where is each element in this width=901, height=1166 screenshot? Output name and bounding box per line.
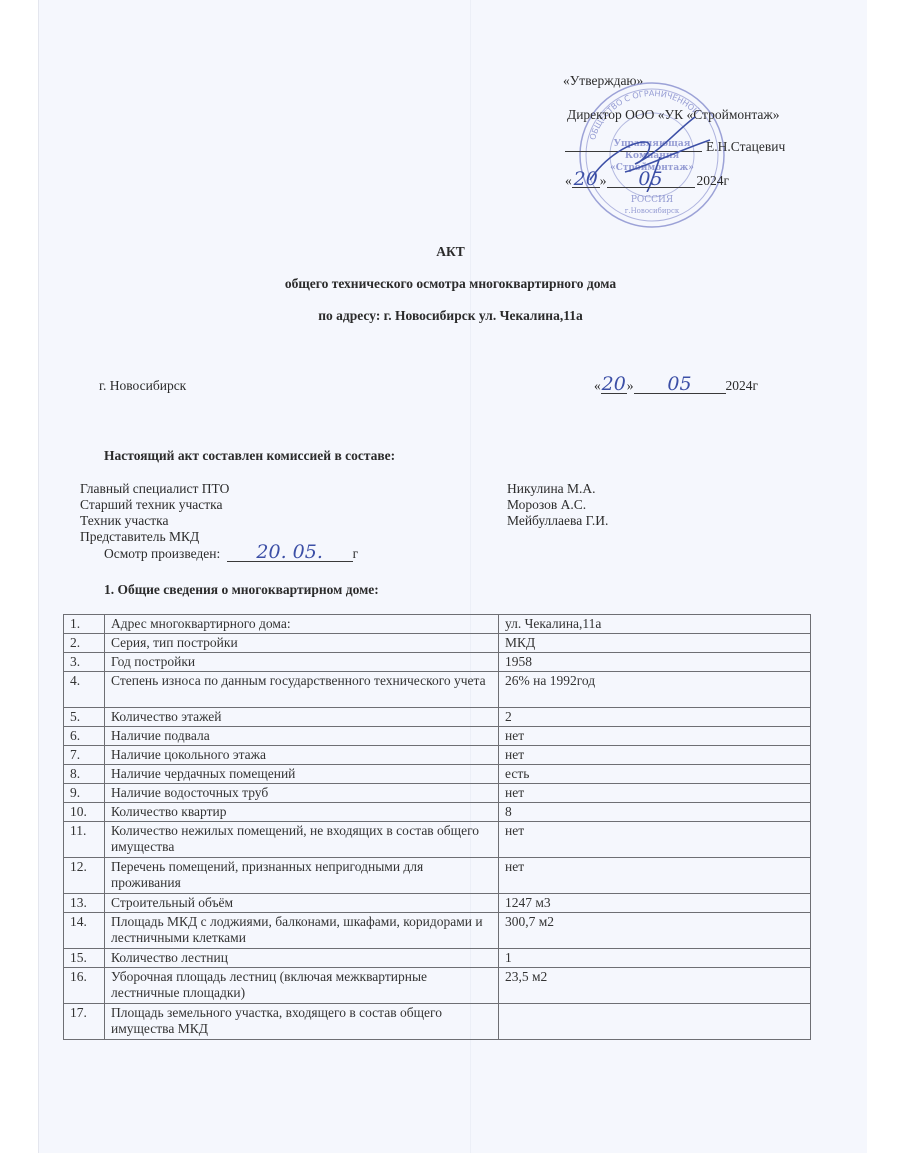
row-label: Количество лестниц [105, 949, 499, 968]
date-day-handwritten: 20 [601, 375, 627, 394]
doc-title: АКТ [0, 244, 901, 260]
row-label: Наличие водосточных труб [105, 784, 499, 803]
row-value: 23,5 м2 [499, 968, 811, 1004]
row-label: Перечень помещений, признанных непригодн… [105, 858, 499, 894]
row-number: 7. [64, 746, 105, 765]
approval-date: «20»052024г [565, 171, 729, 189]
row-number: 5. [64, 708, 105, 727]
row-number: 12. [64, 858, 105, 894]
row-label: Наличие чердачных помещений [105, 765, 499, 784]
place-city: г. Новосибирск [99, 378, 186, 394]
row-number: 11. [64, 822, 105, 858]
row-number: 10. [64, 803, 105, 822]
table-row: 1.Адрес многоквартирного дома:ул. Чекали… [64, 615, 811, 634]
row-value: 1958 [499, 653, 811, 672]
table-row: 14.Площадь МКД с лоджиями, балконами, шк… [64, 913, 811, 949]
svg-text:г.Новосибирск: г.Новосибирск [625, 207, 680, 215]
table-row: 17.Площадь земельного участка, входящего… [64, 1004, 811, 1040]
row-number: 9. [64, 784, 105, 803]
approval-month-handwritten: 05 [607, 171, 695, 188]
building-info-table: 1.Адрес многоквартирного дома:ул. Чекали… [63, 614, 811, 1040]
table-row: 4.Степень износа по данным государственн… [64, 672, 811, 708]
table-row: 6.Наличие подваланет [64, 727, 811, 746]
date-month-handwritten: 05 [634, 375, 726, 394]
table-row: 9.Наличие водосточных трубнет [64, 784, 811, 803]
inspection-label: Осмотр произведен: [104, 546, 220, 561]
table-row: 5.Количество этажей2 [64, 708, 811, 727]
row-value: есть [499, 765, 811, 784]
commission-role: Представитель МКД [80, 529, 199, 545]
row-value: нет [499, 858, 811, 894]
row-number: 15. [64, 949, 105, 968]
row-number: 14. [64, 913, 105, 949]
table-row: 2.Серия, тип постройкиМКД [64, 634, 811, 653]
row-label: Адрес многоквартирного дома: [105, 615, 499, 634]
commission-role: Главный специалист ПТО [80, 481, 229, 497]
row-value: 26% на 1992год [499, 672, 811, 708]
row-label: Площадь МКД с лоджиями, балконами, шкафа… [105, 913, 499, 949]
row-number: 16. [64, 968, 105, 1004]
row-value [499, 1004, 811, 1040]
row-value: 1 [499, 949, 811, 968]
row-label: Серия, тип постройки [105, 634, 499, 653]
inspection-line: Осмотр произведен: 20. 05.г [104, 544, 358, 562]
row-value: нет [499, 822, 811, 858]
table-row: 7.Наличие цокольного этажанет [64, 746, 811, 765]
table-row: 3.Год постройки1958 [64, 653, 811, 672]
table-row: 11.Количество нежилых помещений, не вход… [64, 822, 811, 858]
row-number: 2. [64, 634, 105, 653]
commission-name: Никулина М.А. [507, 481, 596, 497]
approval-signatory: Е.Н.Стацевич [706, 139, 785, 155]
row-number: 4. [64, 672, 105, 708]
row-label: Год постройки [105, 653, 499, 672]
row-value: нет [499, 784, 811, 803]
section1-heading: 1. Общие сведения о многоквартирном доме… [104, 582, 379, 598]
row-value: ул. Чекалина,11а [499, 615, 811, 634]
row-value: 300,7 м2 [499, 913, 811, 949]
approval-day-handwritten: 20 [572, 171, 600, 188]
row-number: 1. [64, 615, 105, 634]
row-number: 17. [64, 1004, 105, 1040]
row-label: Количество квартир [105, 803, 499, 822]
row-label: Уборочная площадь лестниц (включая межкв… [105, 968, 499, 1004]
table-row: 15.Количество лестниц1 [64, 949, 811, 968]
doc-subtitle: общего технического осмотра многоквартир… [0, 276, 901, 292]
table-row: 8.Наличие чердачных помещенийесть [64, 765, 811, 784]
commission-name: Мейбуллаева Г.И. [507, 513, 608, 529]
commission-role: Техник участка [80, 513, 168, 529]
commission-heading: Настоящий акт составлен комиссией в сост… [104, 448, 395, 464]
row-label: Строительный объём [105, 894, 499, 913]
row-label: Наличие подвала [105, 727, 499, 746]
row-value: МКД [499, 634, 811, 653]
row-value: нет [499, 727, 811, 746]
commission-role: Старший техник участка [80, 497, 222, 513]
table-row: 12.Перечень помещений, признанных неприг… [64, 858, 811, 894]
table-row: 16.Уборочная площадь лестниц (включая ме… [64, 968, 811, 1004]
row-value: 8 [499, 803, 811, 822]
row-number: 3. [64, 653, 105, 672]
row-label: Степень износа по данным государственног… [105, 672, 499, 708]
row-label: Количество этажей [105, 708, 499, 727]
row-number: 6. [64, 727, 105, 746]
table-row: 13.Строительный объём1247 м3 [64, 894, 811, 913]
row-number: 8. [64, 765, 105, 784]
commission-name: Морозов А.С. [507, 497, 586, 513]
row-label: Наличие цокольного этажа [105, 746, 499, 765]
table-row: 10.Количество квартир8 [64, 803, 811, 822]
place-date: «20»052024г [594, 375, 758, 394]
row-value: 1247 м3 [499, 894, 811, 913]
row-value: 2 [499, 708, 811, 727]
row-value: нет [499, 746, 811, 765]
row-label: Площадь земельного участка, входящего в … [105, 1004, 499, 1040]
row-number: 13. [64, 894, 105, 913]
inspection-date-handwritten: 20. 05. [227, 544, 353, 562]
row-label: Количество нежилых помещений, не входящи… [105, 822, 499, 858]
svg-text:РОССИЯ: РОССИЯ [631, 195, 673, 205]
doc-address: по адресу: г. Новосибирск ул. Чекалина,1… [0, 308, 901, 324]
